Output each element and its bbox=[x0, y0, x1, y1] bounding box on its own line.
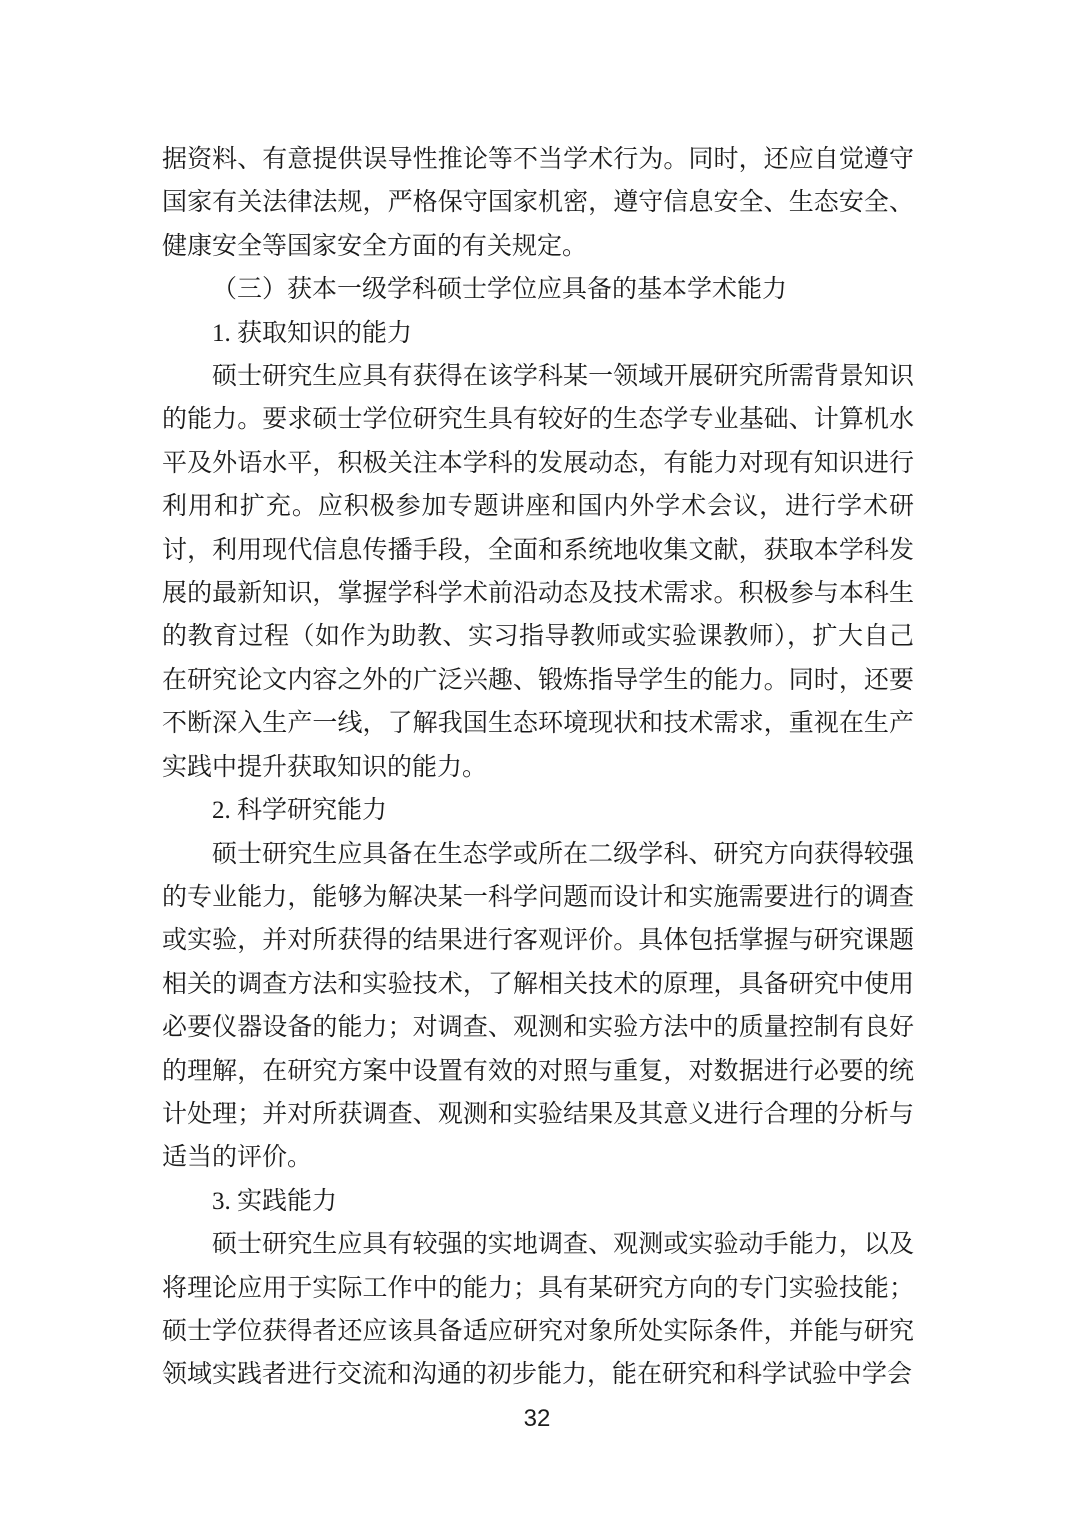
body-paragraph: 硕士研究生应具有较强的实地调查、观测或实验动手能力，以及将理论应用于实际工作中的… bbox=[162, 1223, 914, 1397]
document-page: 据资料、有意提供误导性推论等不当学术行为。同时，还应自觉遵守国家有关法律法规，严… bbox=[0, 0, 1074, 1520]
body-paragraph: 硕士研究生应具有获得在该学科某一领域开展研究所需背景知识的能力。要求硕士学位研究… bbox=[162, 355, 914, 789]
text-block: 据资料、有意提供误导性推论等不当学术行为。同时，还应自觉遵守国家有关法律法规，严… bbox=[162, 138, 914, 1397]
body-paragraph-continued: 据资料、有意提供误导性推论等不当学术行为。同时，还应自觉遵守国家有关法律法规，严… bbox=[162, 138, 914, 268]
section-heading: 2. 科学研究能力 bbox=[162, 789, 914, 832]
section-heading: 1. 获取知识的能力 bbox=[162, 312, 914, 355]
body-paragraph: 硕士研究生应具备在生态学或所在二级学科、研究方向获得较强的专业能力，能够为解决某… bbox=[162, 833, 914, 1180]
page-number: 32 bbox=[0, 1405, 1074, 1433]
section-heading: 3. 实践能力 bbox=[162, 1180, 914, 1223]
section-heading: （三）获本一级学科硕士学位应具备的基本学术能力 bbox=[162, 268, 914, 311]
